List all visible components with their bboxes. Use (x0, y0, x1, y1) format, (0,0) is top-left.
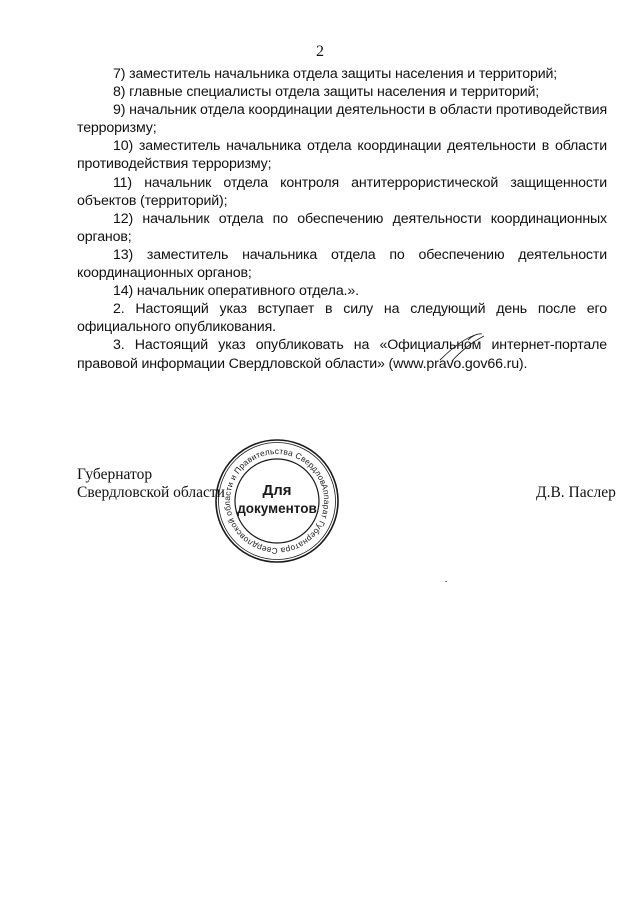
clause-3: 3. Настоящий указ опубликовать на «Офици… (77, 336, 607, 372)
signatory-position: Губернатор Свердловской области (77, 466, 225, 502)
signatory-name: Д.В. Паслер (536, 484, 616, 502)
signatory-region: Свердловской области (77, 484, 225, 502)
list-item-9: 9) начальник отдела координации деятельн… (77, 101, 607, 137)
stamp-center-line-2: документов (237, 501, 317, 516)
list-item-8: 8) главные специалисты отдела защиты нас… (77, 83, 607, 101)
list-item-7: 7) заместитель начальника отдела защиты … (77, 65, 607, 83)
list-item-13: 13) заместитель начальника отдела по обе… (77, 246, 607, 282)
list-item-10: 10) заместитель начальника отдела коорди… (77, 137, 607, 173)
handwritten-signature-icon (438, 332, 488, 362)
signatory-title: Губернатор (77, 466, 225, 484)
scan-artifact (445, 581, 447, 582)
document-body: 7) заместитель начальника отдела защиты … (77, 65, 607, 373)
stamp-center-line-1: Для (263, 482, 292, 499)
list-item-14: 14) начальник оперативного отдела.». (77, 282, 607, 300)
official-seal-icon: Аппарат Губернатора Свердловской области… (213, 437, 341, 565)
page-number: 2 (0, 43, 640, 61)
clause-2: 2. Настоящий указ вступает в силу на сле… (77, 300, 607, 336)
list-item-11: 11) начальник отдела контроля антитеррор… (77, 174, 607, 210)
list-item-12: 12) начальник отдела по обеспечению деят… (77, 210, 607, 246)
